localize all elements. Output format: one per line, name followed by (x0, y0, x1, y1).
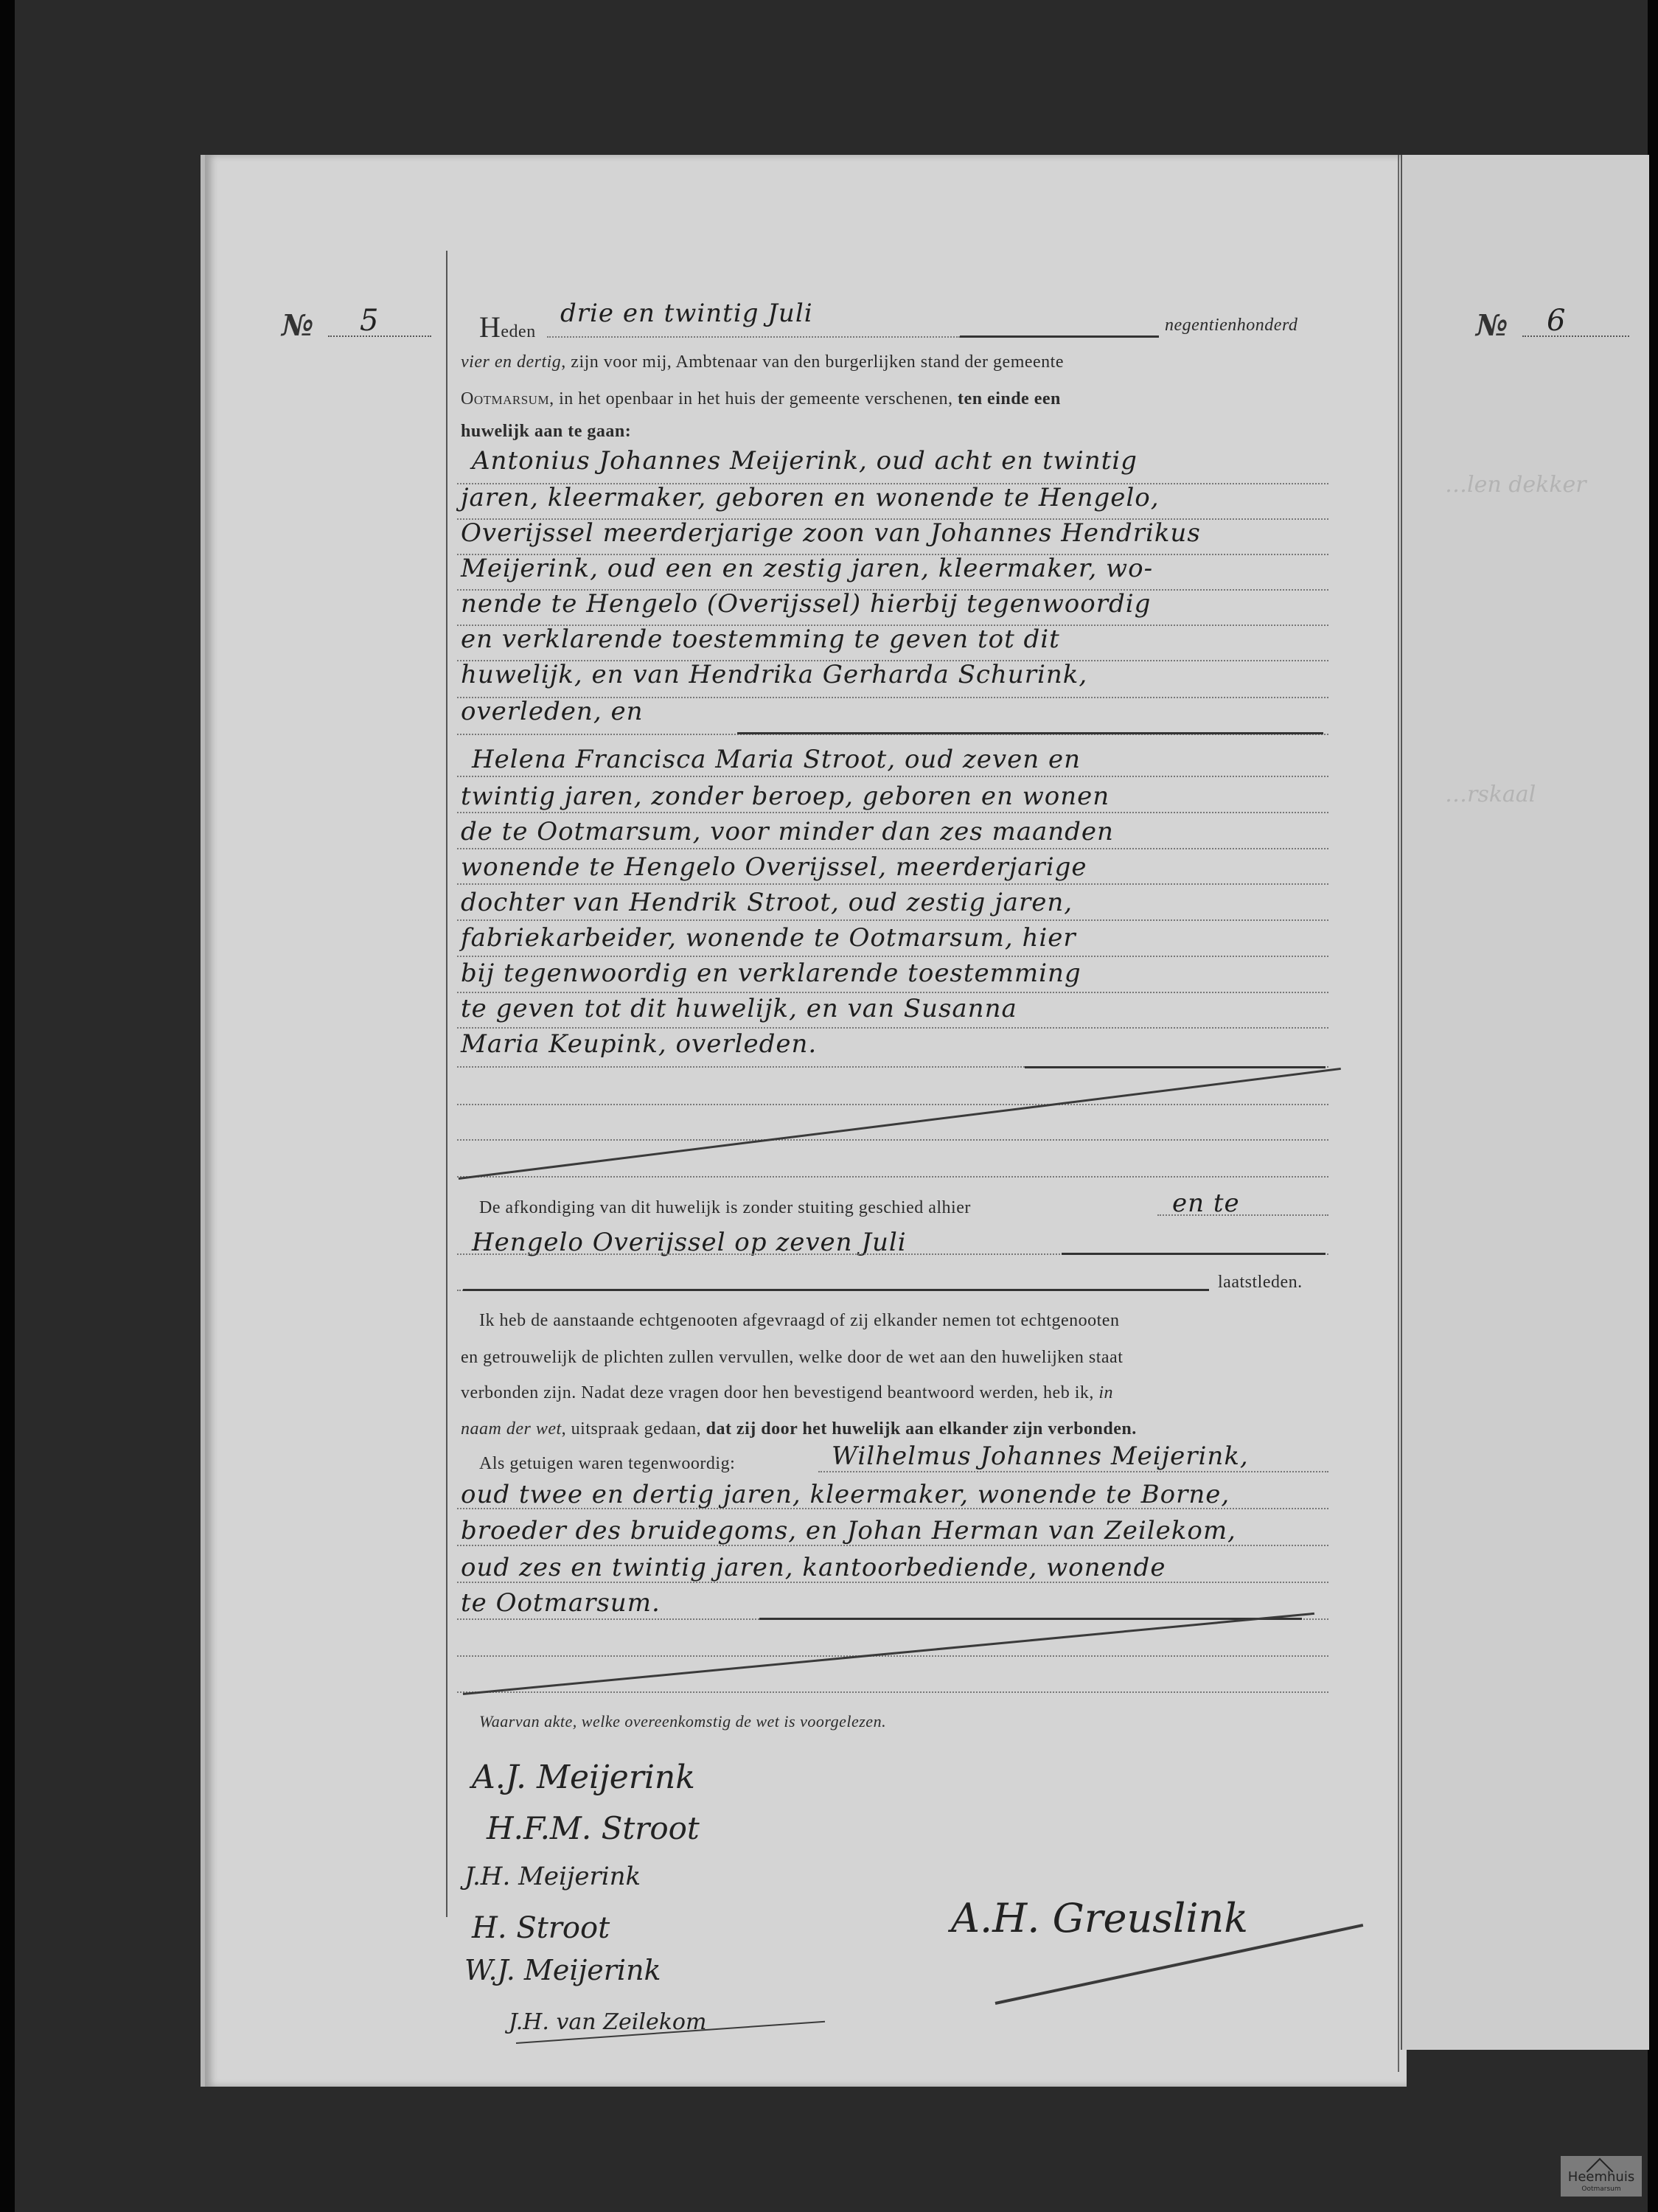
groom-line: Meijerink, oud een en zestig jaren, klee… (461, 554, 1153, 583)
bride-line: fabriekarbeider, wonende te Ootmarsum, h… (461, 923, 1076, 953)
heden-line: Heden (479, 310, 536, 344)
groom-line: jaren, kleermaker, geboren en wonende te… (461, 483, 1160, 512)
bleed-through-text: …len dekker (1445, 472, 1586, 498)
fill-line (463, 1289, 1209, 1291)
page-divider (1398, 155, 1399, 2072)
dotted-line (457, 776, 1328, 777)
bride-line: dochter van Hendrik Stroot, oud zestig j… (461, 888, 1073, 917)
witness-line: oud zes en twintig jaren, kantoorbediend… (461, 1553, 1166, 1582)
record-number-line-next (1522, 335, 1629, 337)
declaration-line: en getrouwelijk de plichten zullen vervu… (461, 1348, 1123, 1368)
closing-statement: Waarvan akte, welke overeenkomstig de we… (479, 1712, 886, 1731)
year-part-1: negentienhonderd (1165, 316, 1298, 335)
witness-line: oud twee en dertig jaren, kleermaker, wo… (461, 1480, 1230, 1509)
groom-line: Antonius Johannes Meijerink, oud acht en… (472, 446, 1138, 476)
dotted-line (457, 956, 1328, 957)
dotted-line (457, 992, 1328, 993)
signature-bride: H.F.M. Stroot (487, 1810, 700, 1846)
fill-line (759, 1618, 1302, 1620)
scan-border-left (0, 0, 15, 2212)
bleed-through-text: …rskaal (1445, 782, 1536, 807)
signature-groom-father: J.H. Meijerink (464, 1862, 641, 1891)
witness-line: te Ootmarsum. (461, 1588, 661, 1618)
record-number-line (328, 335, 431, 337)
dotted-line (457, 848, 1328, 849)
laatstleden: laatstleden. (1218, 1273, 1303, 1293)
fill-line (1062, 1253, 1326, 1255)
bride-line: de te Ootmarsum, voor minder dan zes maa… (461, 817, 1114, 846)
register-page-left (201, 155, 1407, 2087)
bride-line: Helena Francisca Maria Stroot, oud zeven… (472, 745, 1081, 774)
dotted-line (457, 1545, 1328, 1546)
groom-line: en verklarende toestemming te geven tot … (461, 625, 1060, 654)
signature-witness-1: W.J. Meijerink (464, 1954, 661, 1986)
municipality: Ootmarsum (461, 389, 549, 408)
witness-line: broeder des bruidegoms, en Johan Herman … (461, 1516, 1236, 1545)
bride-line: wonende te Hengelo Overijssel, meerderja… (461, 852, 1087, 882)
fill-line (960, 335, 1159, 338)
record-number-value: 5 (360, 304, 378, 338)
watermark-logo: Heemhuis Ootmarsum (1561, 2156, 1642, 2197)
dotted-line (457, 919, 1328, 921)
afkondiging-text: De afkondiging van dit huwelijk is zonde… (479, 1198, 971, 1218)
dotted-line (457, 1027, 1328, 1029)
groom-line: nende te Hengelo (Overijssel) hierbij te… (461, 589, 1151, 619)
marriage-date: drie en twintig Juli (560, 299, 813, 328)
bride-line: te geven tot dit huwelijk, en van Susann… (461, 994, 1017, 1023)
dotted-line (457, 883, 1328, 885)
dotted-line (457, 1655, 1328, 1657)
dotted-line (1157, 1214, 1328, 1216)
record-number-value-next: 6 (1547, 304, 1565, 338)
fill-line (1025, 1066, 1326, 1068)
signature-bride-father: H. Stroot (472, 1911, 610, 1945)
dotted-line (457, 812, 1328, 813)
dotted-line (818, 1471, 1328, 1472)
watermark-subtitle: Ootmarsum (1561, 2185, 1642, 2193)
dotted-line (547, 336, 960, 338)
watermark-title: Heemhuis (1561, 2169, 1642, 2185)
register-page-right (1401, 155, 1649, 2050)
afkondiging-place-1: en te (1172, 1189, 1240, 1218)
witnesses-label: Als getuigen waren tegenwoordig: (479, 1454, 735, 1474)
bride-line: bij tegenwoordig en verklarende toestemm… (461, 959, 1081, 988)
bride-line: twintig jaren, zonder beroep, geboren en… (461, 782, 1110, 811)
dotted-line (457, 1176, 1328, 1178)
groom-line: huwelijk, en van Hendrika Gerharda Schur… (461, 660, 1087, 689)
bride-line: Maria Keupink, overleden. (461, 1029, 817, 1059)
fill-line (737, 732, 1323, 734)
declaration-line: naam der wet, uitspraak gedaan, dat zij … (461, 1419, 1137, 1439)
record-number-label: № (282, 308, 313, 343)
scan-border-right (1648, 0, 1658, 2212)
declaration-line: Ik heb de aanstaande echtgenooten afgevr… (479, 1311, 1119, 1331)
drop-cap: H (479, 310, 501, 344)
dotted-line (457, 1691, 1328, 1693)
intro-line-2: vier en dertig, zijn voor mij, Ambtenaar… (461, 352, 1064, 372)
groom-line: Overijssel meerderjarige zoon van Johann… (461, 518, 1201, 548)
margin-rule (446, 251, 447, 1917)
afkondiging-place-2: Hengelo Overijssel op zeven Juli (472, 1228, 907, 1257)
groom-line: overleden, en (461, 697, 643, 726)
witness-line: Wilhelmus Johannes Meijerink, (832, 1441, 1249, 1471)
intro-line-4: huwelijk aan te gaan: (461, 422, 631, 442)
declaration-line: verbonden zijn. Nadat deze vragen door h… (461, 1383, 1113, 1403)
signature-official: A.H. Greuslink (951, 1895, 1248, 1941)
record-number-label-next: № (1476, 308, 1508, 343)
dotted-line (457, 1508, 1328, 1509)
dotted-line (457, 1139, 1328, 1141)
signature-groom: A.J. Meijerink (472, 1759, 695, 1796)
dotted-line (457, 1582, 1328, 1583)
dotted-line (457, 1104, 1328, 1105)
intro-line-3: Ootmarsum, in het openbaar in het huis d… (461, 389, 1061, 409)
